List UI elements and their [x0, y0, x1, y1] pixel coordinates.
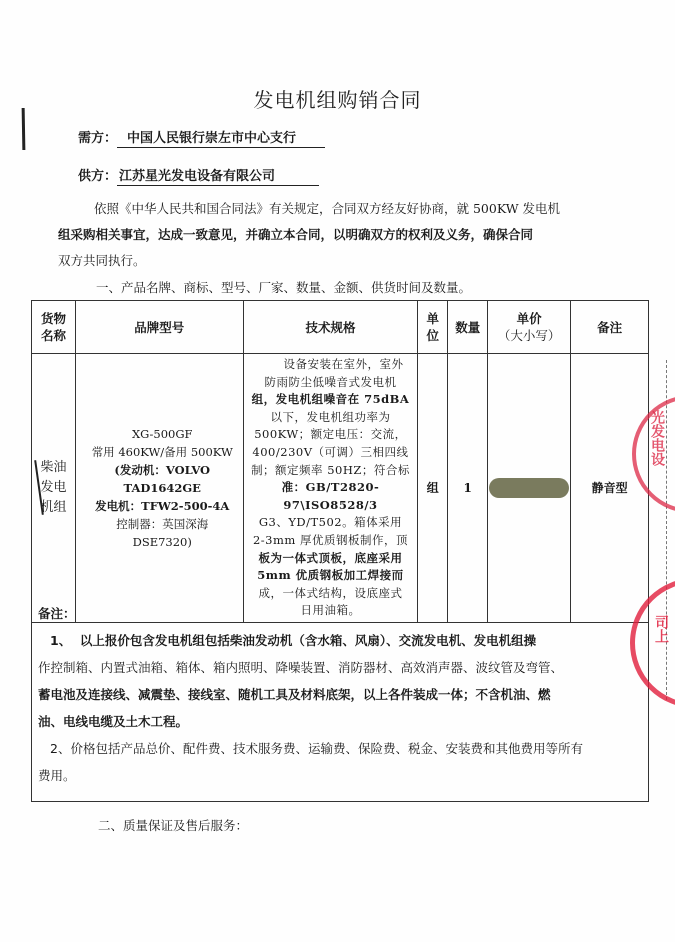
- header-unit: 单位: [418, 301, 448, 354]
- cell-unit-price: [488, 354, 571, 623]
- remark-item-2: 2、价格包括产品总价、配件费、技术服务费、运输费、保险费、税金、安装费和其他费用…: [32, 735, 648, 789]
- margin-pen-mark: [22, 108, 26, 150]
- header-unit-price: 单价（大小写）: [488, 301, 571, 354]
- seal-text-lower: 司上: [652, 615, 670, 643]
- seller-name: 江苏星光发电设备有限公司: [117, 165, 319, 186]
- seal-text-upper: 光发电设: [648, 410, 666, 466]
- cell-unit: 组: [418, 354, 448, 623]
- buyer-name: 中国人民银行崇左市中心支行: [117, 127, 325, 148]
- cell-quantity: 1: [448, 354, 488, 623]
- redaction-blot: [489, 478, 569, 498]
- remark-item-1: 1、 以上报价包含发电机组包括柴油发动机（含水箱、风扇）、交流发电机、发电机组操…: [32, 627, 648, 735]
- intro-paragraph: 依照《中华人民共和国合同法》有关规定，合同双方经友好协商，就 500KW 发电机…: [58, 196, 623, 274]
- header-brand-model: 品牌型号: [75, 301, 243, 354]
- header-goods-name: 货物名称: [32, 301, 76, 354]
- remarks-box: 备注： 1、 以上报价包含发电机组包括柴油发动机（含水箱、风扇）、交流发电机、发…: [31, 598, 649, 802]
- cell-remark: 静音型: [571, 354, 649, 623]
- header-remark: 备注: [571, 301, 649, 354]
- intro-line: 组采购相关事宜，达成一致意见，并确立本合同，以明确双方的权利及义务，确保合同: [58, 222, 623, 248]
- header-quantity: 数量: [448, 301, 488, 354]
- table-header-row: 货物名称 品牌型号 技术规格 单位 数量 单价（大小写） 备注: [32, 301, 649, 354]
- intro-line: 依照《中华人民共和国合同法》有关规定，合同双方经友好协商，就 500KW 发电机: [58, 196, 623, 222]
- remarks-label: 备注：: [32, 600, 648, 627]
- section-heading-warranty: 二、质量保证及售后服务：: [98, 816, 248, 834]
- intro-line: 双方共同执行。: [58, 248, 623, 274]
- table-row: 柴油 发电 机组 XG-500GF 常用 460KW/备用 500KW (发动机…: [32, 354, 649, 623]
- cell-brand-model: XG-500GF 常用 460KW/备用 500KW (发动机：VOLVO TA…: [75, 354, 243, 623]
- buyer-label: 需方：: [78, 131, 117, 146]
- seller-label: 供方：: [78, 169, 117, 184]
- goods-table: 货物名称 品牌型号 技术规格 单位 数量 单价（大小写） 备注 柴油 发电 机组…: [31, 300, 649, 623]
- document-title: 发电机组购销合同: [0, 84, 675, 113]
- section-heading-products: 一、产品名牌、商标、型号、厂家、数量、金额、供货时间及数量。: [96, 278, 471, 296]
- cell-goods-name: 柴油 发电 机组: [32, 354, 76, 623]
- cell-tech-spec: 设备安装在室外，室外 防雨防尘低噪音式发电机 组，发电机组噪音在 75dBA 以…: [243, 354, 418, 623]
- buyer-line: 需方：中国人民银行崇左市中心支行: [78, 127, 325, 148]
- seller-line: 供方：江苏星光发电设备有限公司: [78, 165, 319, 186]
- header-tech-spec: 技术规格: [243, 301, 418, 354]
